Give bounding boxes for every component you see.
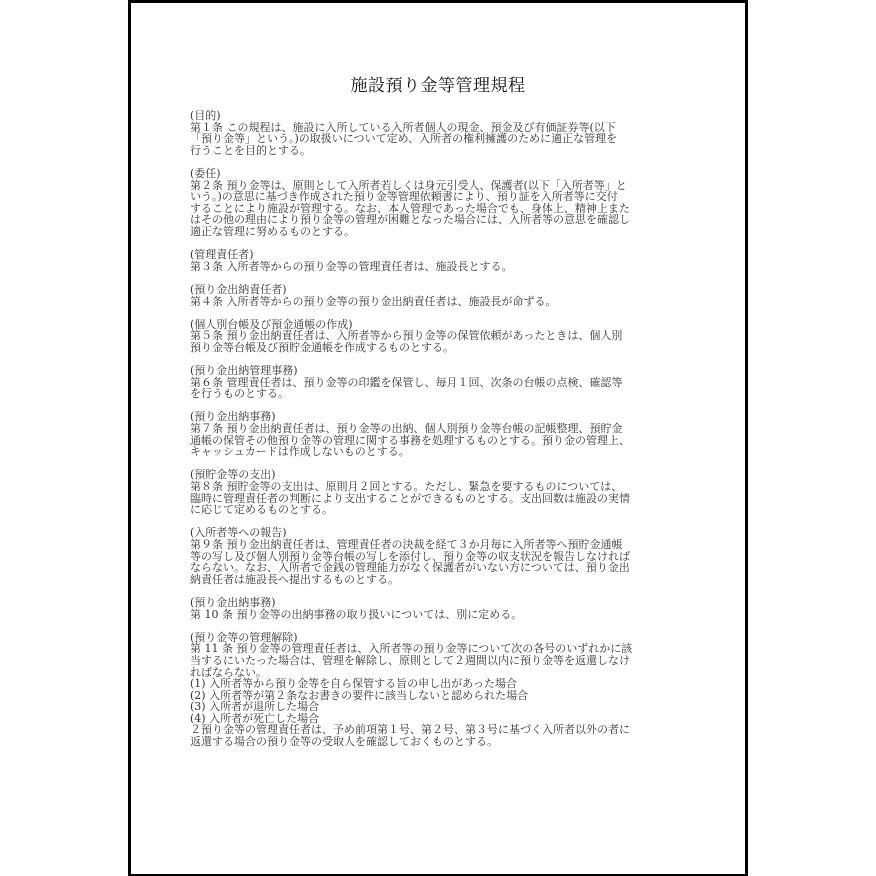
article-section: (委任)第２条 預り金等は、原則として入所者若しくは身元引受人、保護者(以下「入… [190,168,695,238]
article-text-line: に応じて定めるものとする。 [190,504,695,516]
article-heading: (目的) [190,110,695,122]
article-section: (目的)第１条 この規程は、施設に入所している入所者個人の現金、預金及び有価証券… [190,110,695,156]
article-text-line: 第４条 入所者等からの預り金等の預り金出納責任者は、施設長が命ずる。 [190,296,695,308]
article-section: (預り金出納事務)第 10 条 預り金等の出納事務の取り扱いについては、別に定め… [190,597,695,620]
article-section: (預り金等の管理解除)第 11 条 預り金等の管理責任者は、入所者等の預り金等に… [190,632,695,748]
article-text-line: 納責任者は施設長へ提出するものとする。 [190,574,695,586]
article-text-line: 預り金等台帳及び預貯金通帳を作成するものとする。 [190,342,695,354]
article-section: (管理責任者)第３条 入所者等からの預り金等の管理責任者は、施設長とする。 [190,249,695,272]
article-text-line: 当するにいたった場合は、管理を解除し、原則として２週間以内に預り金等を返還しなけ [190,655,695,667]
article-text-line: 第７条 預り金出納責任者は、預り金等の出納、個人別預り金等台帳の記帳整理、預貯金 [190,423,695,435]
article-section: (預り金出納責任者)第４条 入所者等からの預り金等の預り金出納責任者は、施設長が… [190,284,695,307]
article-heading: (預り金出納管理事務) [190,365,695,377]
article-text-line: 第３条 入所者等からの預り金等の管理責任者は、施設長とする。 [190,261,695,273]
article-text-line: 返還する場合の預り金等の受取人を確認しておくものとする。 [190,736,695,748]
article-text-line: (1) 入所者等から預り金等を自ら保管する旨の申し出があった場合 [190,678,695,690]
article-section: (預貯金等の支出)第８条 預貯金等の支出は、原則月２回とする。ただし、緊急を要す… [190,469,695,515]
article-text-line: 第８条 預貯金等の支出は、原則月２回とする。ただし、緊急を要するものについては、 [190,481,695,493]
document-page: 施設預り金等管理規程 (目的)第１条 この規程は、施設に入所している入所者個人の… [128,0,748,876]
document-title: 施設預り金等管理規程 [131,71,745,96]
article-section: (個人別台帳及び預金通帳の作成)第５条 預り金出納責任者は、入所者等から預り金等… [190,319,695,354]
article-text-line: 行うことを目的とする。 [190,145,695,157]
article-text-line: 第 10 条 預り金等の出納事務の取り扱いについては、別に定める。 [190,609,695,621]
article-text-line: いう。)の意思に基づき作成された預り金等管理依頼書により、預り証を入所者等に交付 [190,191,695,203]
article-heading: (預り金出納事務) [190,597,695,609]
article-section: (入所者等への報告)第９条 預り金出納責任者は、管理責任者の決裁を経て３か月毎に… [190,527,695,585]
article-text-line: キャッシュカードは作成しないものとする。 [190,446,695,458]
article-text-line: を行うものとする。 [190,388,695,400]
document-body: (目的)第１条 この規程は、施設に入所している入所者個人の現金、預金及び有価証券… [190,110,695,759]
article-heading: (預り金出納責任者) [190,284,695,296]
article-heading: (委任) [190,168,695,180]
article-text-line: ならない。なお、入所者で金銭の管理能力がなく保護者がいない方については、預り金出 [190,562,695,574]
article-text-line: 第９条 預り金出納責任者は、管理責任者の決裁を経て３か月毎に入所者等へ預貯金通帳 [190,539,695,551]
article-section: (預り金出納事務)第７条 預り金出納責任者は、預り金等の出納、個人別預り金等台帳… [190,411,695,457]
article-text-line: 適正な管理に努めるものとする。 [190,226,695,238]
article-section: (預り金出納管理事務)第６条 管理責任者は、預り金等の印鑑を保管し、毎月１回、次… [190,365,695,400]
article-heading: (管理責任者) [190,249,695,261]
